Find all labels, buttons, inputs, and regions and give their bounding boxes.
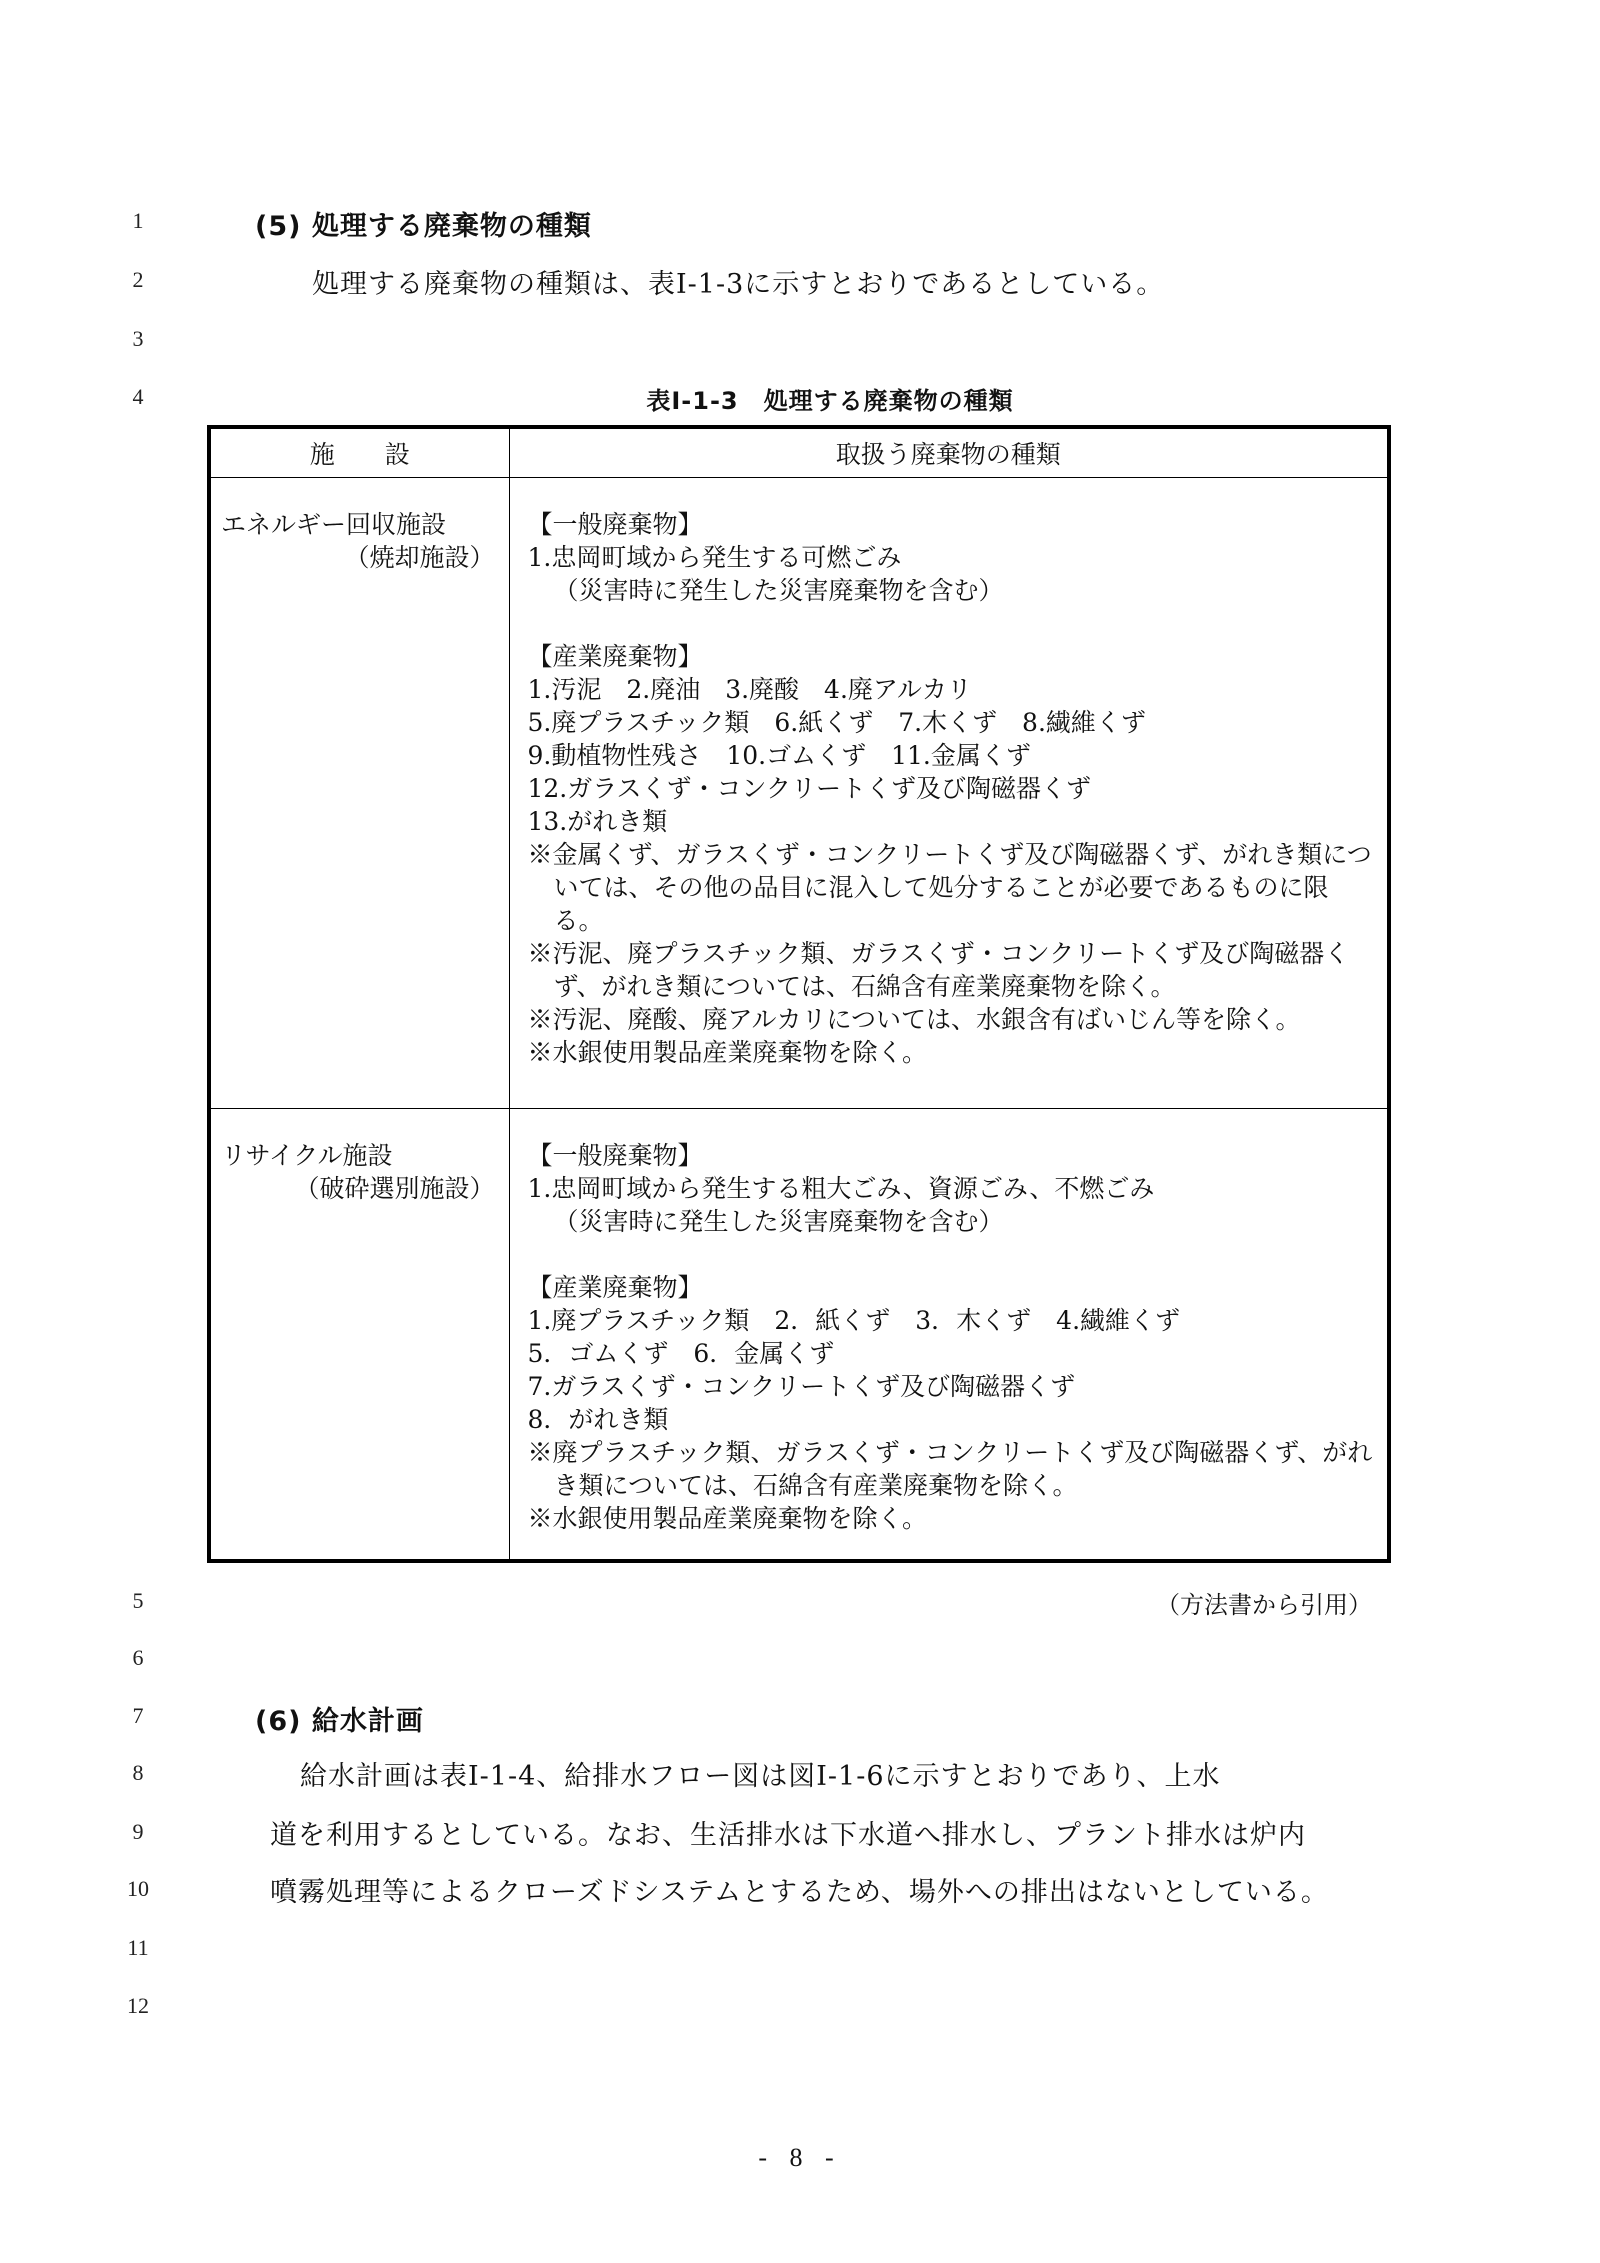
industrial-waste-item: 8．がれき類: [528, 1403, 1378, 1436]
section-6-paragraph-line: 道を利用するとしている。なお、生活排水は下水道へ排水し、プラント排水は炉内: [270, 1813, 1306, 1852]
industrial-waste-block: 【産業廃棄物】 1.汚泥 2.廃油 3.廃酸 4.廃アルカリ 5.廃プラスチック…: [528, 640, 1378, 1069]
line-number: 11: [118, 1935, 158, 1961]
facility-cell: リサイクル施設 （破砕選別施設）: [209, 1109, 509, 1562]
table-header-row: 施 設 取扱う廃棄物の種類: [209, 427, 1389, 478]
general-waste-item: 1.忠岡町域から発生する粗大ごみ、資源ごみ、不燃ごみ: [528, 1172, 1378, 1205]
industrial-waste-item: 12.ガラスくず・コンクリートくず及び陶磁器くず: [528, 772, 1378, 805]
section-6-paragraph-line: 噴霧処理等によるクローズドシステムとするため、場外への排出はないとしている。: [270, 1870, 1329, 1909]
facility-subname: （破砕選別施設）: [221, 1172, 497, 1205]
general-waste-title: 【一般廃棄物】: [528, 1139, 1378, 1172]
facility-cell: エネルギー回収施設 （焼却施設）: [209, 478, 509, 1109]
table-note: ※金属くず、ガラスくず・コンクリートくず及び陶磁器くず、がれき類については、その…: [528, 838, 1378, 937]
waste-types-cell: 【一般廃棄物】 1.忠岡町域から発生する可燃ごみ （災害時に発生した災害廃棄物を…: [509, 478, 1389, 1109]
industrial-waste-title: 【産業廃棄物】: [528, 1271, 1378, 1304]
section-heading-6: (6) 給水計画: [255, 1699, 424, 1738]
line-number: 5: [118, 1588, 158, 1614]
general-waste-note: （災害時に発生した災害廃棄物を含む）: [528, 1205, 1378, 1238]
general-waste-block: 【一般廃棄物】 1.忠岡町域から発生する粗大ごみ、資源ごみ、不燃ごみ （災害時に…: [528, 1139, 1378, 1238]
industrial-waste-block: 【産業廃棄物】 1.廃プラスチック類 2．紙くず 3．木くず 4.繊維くず 5．…: [528, 1271, 1378, 1535]
industrial-waste-item: 1.汚泥 2.廃油 3.廃酸 4.廃アルカリ: [528, 673, 1378, 706]
line-number: 1: [118, 208, 158, 234]
facility-name: エネルギー回収施設: [221, 508, 497, 541]
line-number: 2: [118, 267, 158, 293]
table-note: ※汚泥、廃プラスチック類、ガラスくず・コンクリートくず及び陶磁器くず、がれき類に…: [528, 937, 1378, 1003]
table-note: ※汚泥、廃酸、廃アルカリについては、水銀含有ばいじん等を除く。: [528, 1003, 1378, 1036]
table-row: エネルギー回収施設 （焼却施設） 【一般廃棄物】 1.忠岡町域から発生する可燃ご…: [209, 478, 1389, 1109]
industrial-waste-item: 7.ガラスくず・コンクリートくず及び陶磁器くず: [528, 1370, 1378, 1403]
industrial-waste-item: 1.廃プラスチック類 2．紙くず 3．木くず 4.繊維くず: [528, 1304, 1378, 1337]
section-6-paragraph-line: 給水計画は表Ⅰ-1-4、給排水フロー図は図Ⅰ-1-6に示すとおりであり、上水: [300, 1754, 1221, 1793]
table-caption: 表Ⅰ-1-3 処理する廃棄物の種類: [0, 381, 1600, 416]
line-number: 7: [118, 1703, 158, 1729]
industrial-waste-title: 【産業廃棄物】: [528, 640, 1378, 673]
general-waste-block: 【一般廃棄物】 1.忠岡町域から発生する可燃ごみ （災害時に発生した災害廃棄物を…: [528, 508, 1378, 607]
section-5-paragraph: 処理する廃棄物の種類は、表Ⅰ-1-3に示すとおりであるとしている。: [312, 262, 1164, 301]
line-number: 10: [118, 1876, 158, 1902]
facility-name: リサイクル施設: [221, 1139, 497, 1172]
page-number: - 8 -: [0, 2143, 1600, 2173]
header-facility: 施 設: [209, 427, 509, 478]
industrial-waste-item: 9.動植物性残さ 10.ゴムくず 11.金属くず: [528, 739, 1378, 772]
table-row: リサイクル施設 （破砕選別施設） 【一般廃棄物】 1.忠岡町域から発生する粗大ご…: [209, 1109, 1389, 1562]
section-heading-5: (5) 処理する廃棄物の種類: [255, 204, 592, 243]
header-waste-types: 取扱う廃棄物の種類: [509, 427, 1389, 478]
industrial-waste-item: 5.廃プラスチック類 6.紙くず 7.木くず 8.繊維くず: [528, 706, 1378, 739]
table-note: ※水銀使用製品産業廃棄物を除く。: [528, 1036, 1378, 1069]
table-note: ※水銀使用製品産業廃棄物を除く。: [528, 1502, 1378, 1535]
table-citation: （方法書から引用）: [1156, 1585, 1372, 1620]
general-waste-title: 【一般廃棄物】: [528, 508, 1378, 541]
line-number: 6: [118, 1645, 158, 1671]
industrial-waste-item: 13.がれき類: [528, 805, 1378, 838]
table-note: ※廃プラスチック類、ガラスくず・コンクリートくず及び陶磁器くず、がれき類について…: [528, 1436, 1378, 1502]
line-number: 9: [118, 1819, 158, 1845]
industrial-waste-item: 5．ゴムくず 6．金属くず: [528, 1337, 1378, 1370]
line-number: 12: [118, 1993, 158, 2019]
line-number: 3: [118, 326, 158, 352]
facility-subname: （焼却施設）: [221, 541, 497, 574]
waste-types-table: 施 設 取扱う廃棄物の種類 エネルギー回収施設 （焼却施設） 【一般廃棄物】 1…: [207, 425, 1391, 1563]
general-waste-item: 1.忠岡町域から発生する可燃ごみ: [528, 541, 1378, 574]
line-number: 8: [118, 1760, 158, 1786]
waste-types-cell: 【一般廃棄物】 1.忠岡町域から発生する粗大ごみ、資源ごみ、不燃ごみ （災害時に…: [509, 1109, 1389, 1562]
general-waste-note: （災害時に発生した災害廃棄物を含む）: [528, 574, 1378, 607]
